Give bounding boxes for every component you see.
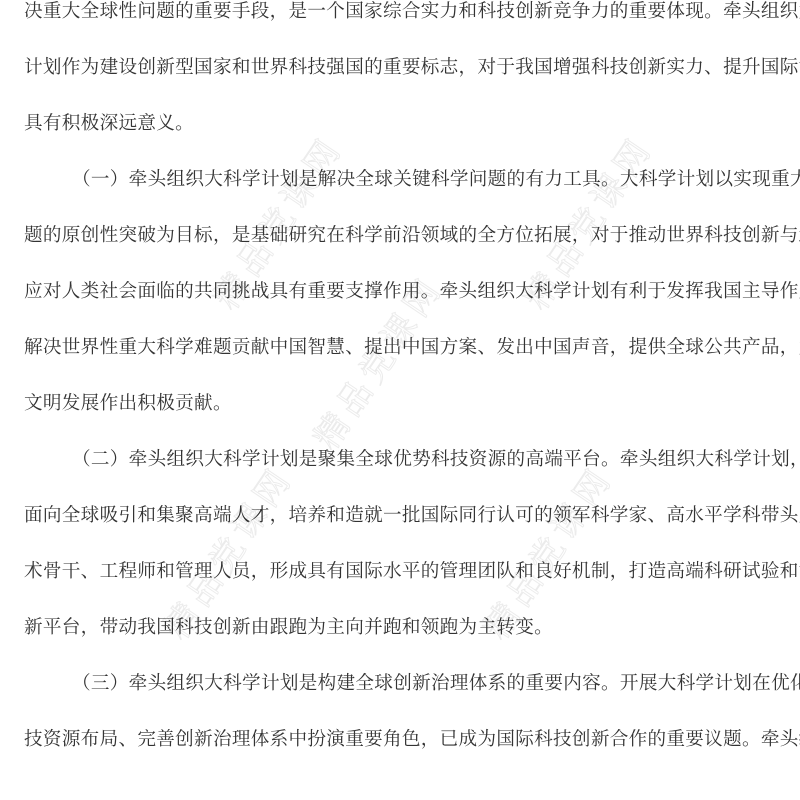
text-line: 面向全球吸引和集聚高端人才，培养和造就一批国际同行认可的领军科学家、高水平学科带… (24, 488, 778, 544)
text-line: 决重大全球性问题的重要手段，是一个国家综合实力和科技创新竞争力的重要体现。牵头组… (24, 0, 778, 40)
text-line: 技资源布局、完善创新治理体系中扮演重要角色，已成为国际科技创新合作的重要议题。牵… (24, 712, 778, 768)
text-line: 应对人类社会面临的共同挑战具有重要支撑作用。牵头组织大科学计划有利于发挥我国主导… (24, 264, 778, 320)
text-line: 计划作为建设创新型国家和世界科技强国的重要标志，对于我国增强科技创新实力、提升国… (24, 40, 778, 96)
text-line: 解决世界性重大科学难题贡献中国智慧、提出中国方案、发出中国声音，提供全球公共产品… (24, 320, 778, 376)
paragraph-heading-line: （二）牵头组织大科学计划是聚集全球优势科技资源的高端平台。牵头组织大科学计划，有… (24, 432, 778, 488)
text-line: 术骨干、工程师和管理人员，形成具有国际水平的管理团队和良好机制，打造高端科研试验… (24, 544, 778, 600)
text-line: 具有积极深远意义。 (24, 96, 778, 152)
text-line: 题的原创性突破为目标，是基础研究在科学前沿领域的全方位拓展，对于推动世界科技创新… (24, 208, 778, 264)
text-line: 文明发展作出积极贡献。 (24, 376, 778, 432)
text-line: 新平台，带动我国科技创新由跟跑为主向并跑和领跑为主转变。 (24, 600, 778, 656)
paragraph-heading-line: （一）牵头组织大科学计划是解决全球关键科学问题的有力工具。大科学计划以实现重大科… (24, 152, 778, 208)
paragraph-heading-line: （三）牵头组织大科学计划是构建全球创新治理体系的重要内容。开展大科学计划在优化全… (24, 656, 778, 712)
document-body: 决重大全球性问题的重要手段，是一个国家综合实力和科技创新竞争力的重要体现。牵头组… (24, 0, 778, 768)
